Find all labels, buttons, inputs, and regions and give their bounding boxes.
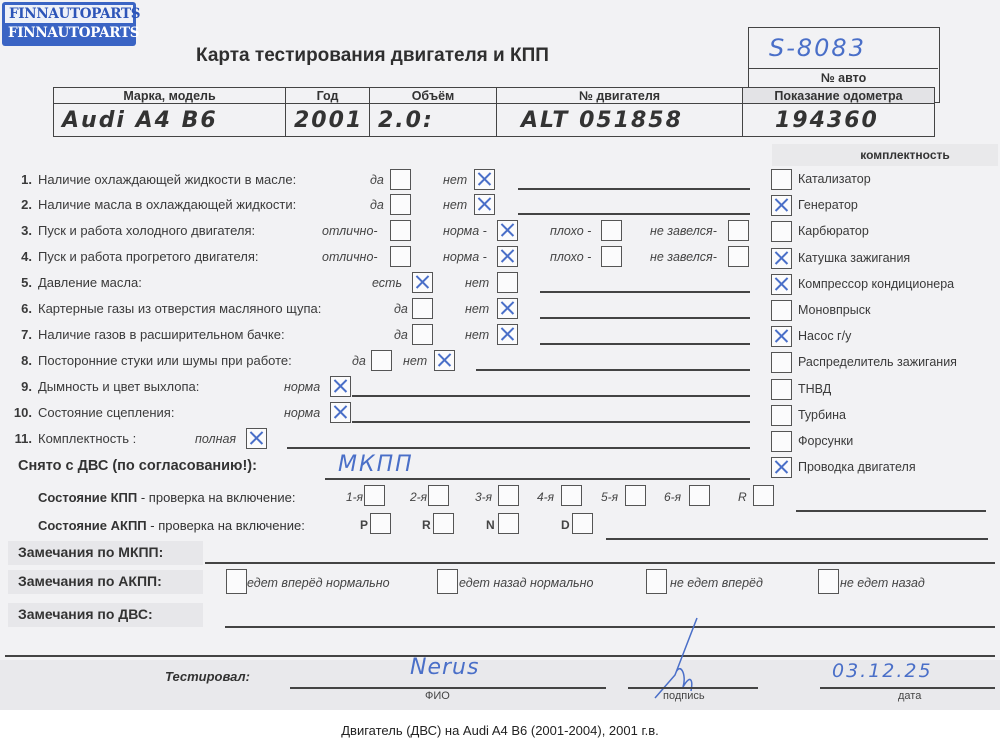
check-row-3-option-label: норма - bbox=[443, 224, 487, 238]
check-row-5-label: 5.Давление масла: bbox=[10, 275, 142, 290]
kpp-gear-checkbox[interactable] bbox=[428, 485, 449, 506]
completeness-item-label: Катализатор bbox=[798, 172, 871, 186]
check-row-11-checkbox[interactable] bbox=[246, 428, 267, 449]
tested-by-name: Nerus bbox=[410, 655, 479, 680]
akpp-remark-checkbox[interactable] bbox=[226, 569, 247, 594]
completeness-item-label: Моновпрыск bbox=[798, 303, 870, 317]
check-row-1-option-label: нет bbox=[443, 173, 467, 187]
check-row-4-option-label: не завелся- bbox=[650, 250, 717, 264]
akpp-gear-checkbox[interactable] bbox=[433, 513, 454, 534]
check-row-11-label: 11.Комплектность : bbox=[10, 431, 136, 446]
check-row-text: Посторонние стуки или шумы при работе: bbox=[38, 353, 292, 368]
check-row-1-note-line[interactable] bbox=[518, 188, 750, 190]
completeness-checkbox[interactable] bbox=[771, 195, 792, 216]
check-row-7-checkbox[interactable] bbox=[497, 324, 518, 345]
image-caption: Двигатель (ДВС) на Audi A4 B6 (2001-2004… bbox=[0, 723, 1000, 738]
check-row-8-option-label: нет bbox=[403, 354, 427, 368]
removed-line bbox=[325, 478, 750, 480]
auto-number-label: № авто bbox=[749, 68, 938, 86]
value-engine-number: ALT 051858 bbox=[497, 104, 743, 137]
akpp-gear-checkbox[interactable] bbox=[572, 513, 593, 534]
value-year: 2001 bbox=[286, 104, 370, 137]
check-row-4-option-label: плохо - bbox=[550, 250, 591, 264]
check-row-6-note-line[interactable] bbox=[540, 317, 750, 319]
check-row-8-checkbox[interactable] bbox=[371, 350, 392, 371]
check-row-4-option-label: отлично- bbox=[322, 250, 378, 264]
vehicle-header-table: Марка, модель Год Объём № двигателя Пока… bbox=[53, 87, 935, 137]
akpp-remark-label: не едет вперёд bbox=[670, 576, 763, 590]
remarks-dvs-line-2[interactable] bbox=[5, 655, 995, 657]
akpp-gear-checkbox[interactable] bbox=[498, 513, 519, 534]
kpp-gear-checkbox[interactable] bbox=[689, 485, 710, 506]
check-row-number: 10. bbox=[10, 405, 32, 420]
check-row-text: Комплектность : bbox=[38, 431, 136, 446]
completeness-item-label: Турбина bbox=[798, 408, 846, 422]
check-row-3-option-label: отлично- bbox=[322, 224, 378, 238]
check-row-4-checkbox[interactable] bbox=[728, 246, 749, 267]
akpp-label-rest: - проверка на включение: bbox=[147, 518, 305, 533]
kpp-gear-label: 4-я bbox=[537, 490, 554, 504]
completeness-item-label: Генератор bbox=[798, 198, 858, 212]
check-row-number: 5. bbox=[10, 275, 32, 290]
completeness-checkbox[interactable] bbox=[771, 379, 792, 400]
akpp-remark-checkbox[interactable] bbox=[437, 569, 458, 594]
check-row-text: Наличие масла в охлаждающей жидкости: bbox=[38, 197, 296, 212]
kpp-gear-label: R bbox=[738, 490, 747, 504]
value-volume: 2.0: bbox=[370, 104, 497, 137]
remarks-mkpp-label: Замечания по МКПП: bbox=[18, 544, 163, 560]
kpp-gear-checkbox[interactable] bbox=[498, 485, 519, 506]
completeness-header: комплектность bbox=[772, 144, 998, 166]
check-row-8-checkbox[interactable] bbox=[434, 350, 455, 371]
check-row-number: 4. bbox=[10, 249, 32, 264]
check-row-1-checkbox[interactable] bbox=[390, 169, 411, 190]
check-row-7-option-label: нет bbox=[465, 328, 489, 342]
check-row-8-note-line[interactable] bbox=[476, 369, 750, 371]
completeness-checkbox[interactable] bbox=[771, 274, 792, 295]
check-row-4-label: 4.Пуск и работа прогретого двигателя: bbox=[10, 249, 258, 264]
check-row-1-option-label: да bbox=[370, 173, 384, 187]
completeness-checkbox[interactable] bbox=[771, 300, 792, 321]
kpp-line bbox=[796, 510, 986, 512]
check-row-7-checkbox[interactable] bbox=[412, 324, 433, 345]
removed-value: МКПП bbox=[338, 452, 414, 477]
auto-number-value: S-8083 bbox=[769, 34, 866, 62]
value-odometer: 194360 bbox=[743, 104, 935, 137]
check-row-11-note-line[interactable] bbox=[287, 447, 750, 449]
check-row-9-checkbox[interactable] bbox=[330, 376, 351, 397]
check-row-text: Дымность и цвет выхлопа: bbox=[38, 379, 199, 394]
check-row-5-checkbox[interactable] bbox=[412, 272, 433, 293]
completeness-item-label: Проводка двигателя bbox=[798, 460, 916, 474]
check-row-1-label: 1.Наличие охлаждающей жидкости в масле: bbox=[10, 172, 296, 187]
check-row-number: 9. bbox=[10, 379, 32, 394]
check-row-number: 8. bbox=[10, 353, 32, 368]
akpp-remark-label: едет назад нормально bbox=[459, 576, 593, 590]
completeness-item-label: Карбюратор bbox=[798, 224, 869, 238]
col-odometer: Показание одометра bbox=[743, 88, 935, 104]
check-row-number: 3. bbox=[10, 223, 32, 238]
akpp-line bbox=[606, 538, 988, 540]
check-row-5-note-line[interactable] bbox=[540, 291, 750, 293]
check-row-text: Пуск и работа прогретого двигателя: bbox=[38, 249, 258, 264]
test-card-sheet: FINNAUTOPARTS FINNAUTOPARTS Карта тестир… bbox=[0, 0, 1000, 710]
check-row-6-option-label: нет bbox=[465, 302, 489, 316]
check-row-11-option-label: полная bbox=[195, 432, 236, 446]
test-date: 03.12.25 bbox=[832, 660, 933, 682]
check-row-text: Состояние сцепления: bbox=[38, 405, 174, 420]
check-row-2-note-line[interactable] bbox=[518, 213, 750, 215]
completeness-checkbox[interactable] bbox=[771, 405, 792, 426]
check-row-text: Картерные газы из отверстия масляного щу… bbox=[38, 301, 321, 316]
akpp-gear-label: P bbox=[360, 518, 368, 532]
check-row-4-option-label: норма - bbox=[443, 250, 487, 264]
completeness-item-label: Компрессор кондиционера bbox=[798, 277, 954, 291]
value-make-model: Audi A4 B6 bbox=[54, 104, 286, 137]
check-row-10-option-label: норма bbox=[284, 406, 320, 420]
signature-line bbox=[628, 687, 758, 689]
check-row-7-label: 7.Наличие газов в расширительном бачке: bbox=[10, 327, 285, 342]
completeness-checkbox[interactable] bbox=[771, 326, 792, 347]
form-title: Карта тестирования двигателя и КПП bbox=[196, 45, 549, 67]
check-row-4-checkbox[interactable] bbox=[601, 246, 622, 267]
check-row-number: 2. bbox=[10, 197, 32, 212]
completeness-checkbox[interactable] bbox=[771, 169, 792, 190]
col-make-model: Марка, модель bbox=[54, 88, 286, 104]
akpp-remark-checkbox[interactable] bbox=[646, 569, 667, 594]
kpp-gear-label: 6-я bbox=[664, 490, 681, 504]
completeness-item-label: Распределитель зажигания bbox=[798, 355, 957, 369]
kpp-gear-label: 2-я bbox=[410, 490, 427, 504]
completeness-checkbox[interactable] bbox=[771, 457, 792, 478]
check-row-4-checkbox[interactable] bbox=[497, 246, 518, 267]
check-row-text: Пуск и работа холодного двигателя: bbox=[38, 223, 255, 238]
col-engine-number: № двигателя bbox=[497, 88, 743, 104]
check-row-5-checkbox[interactable] bbox=[497, 272, 518, 293]
finnautoparts-logo: FINNAUTOPARTS FINNAUTOPARTS bbox=[2, 2, 136, 46]
check-row-7-note-line[interactable] bbox=[540, 343, 750, 345]
check-row-10-label: 10.Состояние сцепления: bbox=[10, 405, 174, 420]
kpp-label-rest: - проверка на включение: bbox=[137, 490, 295, 505]
date-line bbox=[820, 687, 995, 689]
kpp-label-bold: Состояние КПП bbox=[38, 490, 137, 505]
check-row-5-option-label: нет bbox=[465, 276, 489, 290]
check-row-3-option-label: плохо - bbox=[550, 224, 591, 238]
check-row-6-option-label: да bbox=[394, 302, 408, 316]
kpp-gear-label: 3-я bbox=[475, 490, 492, 504]
logo-line-2: FINNAUTOPARTS bbox=[2, 23, 136, 43]
removed-label: Снято с ДВС (по согласованию!): bbox=[18, 458, 257, 474]
completeness-item-label: Катушка зажигания bbox=[798, 251, 910, 265]
check-row-8-label: 8.Посторонние стуки или шумы при работе: bbox=[10, 353, 292, 368]
check-row-3-checkbox[interactable] bbox=[601, 220, 622, 241]
akpp-gear-label: D bbox=[561, 518, 570, 532]
akpp-remark-label: не едет назад bbox=[840, 576, 925, 590]
check-row-3-label: 3.Пуск и работа холодного двигателя: bbox=[10, 223, 255, 238]
akpp-label: Состояние АКПП - проверка на включение: bbox=[38, 518, 305, 533]
kpp-label: Состояние КПП - проверка на включение: bbox=[38, 490, 295, 505]
check-row-9-note-line[interactable] bbox=[352, 395, 750, 397]
akpp-gear-checkbox[interactable] bbox=[370, 513, 391, 534]
check-row-2-checkbox[interactable] bbox=[390, 194, 411, 215]
completeness-checkbox[interactable] bbox=[771, 221, 792, 242]
akpp-remark-checkbox[interactable] bbox=[818, 569, 839, 594]
check-row-number: 11. bbox=[10, 431, 32, 446]
check-row-7-option-label: да bbox=[394, 328, 408, 342]
remarks-dvs-label: Замечания по ДВС: bbox=[18, 606, 153, 622]
remarks-mkpp-line[interactable] bbox=[205, 562, 995, 564]
remarks-dvs-line[interactable] bbox=[225, 626, 995, 628]
check-row-6-checkbox[interactable] bbox=[412, 298, 433, 319]
completeness-item-label: Насос г/у bbox=[798, 329, 851, 343]
check-row-10-note-line[interactable] bbox=[352, 421, 750, 423]
check-row-number: 7. bbox=[10, 327, 32, 342]
check-row-9-label: 9.Дымность и цвет выхлопа: bbox=[10, 379, 199, 394]
check-row-8-option-label: да bbox=[352, 354, 366, 368]
check-row-2-option-label: да bbox=[370, 198, 384, 212]
check-row-6-checkbox[interactable] bbox=[497, 298, 518, 319]
completeness-item-label: ТНВД bbox=[798, 382, 831, 396]
check-row-3-checkbox[interactable] bbox=[728, 220, 749, 241]
remarks-akpp-label: Замечания по АКПП: bbox=[18, 573, 162, 589]
check-row-text: Давление масла: bbox=[38, 275, 142, 290]
check-row-3-checkbox[interactable] bbox=[497, 220, 518, 241]
logo-line-1: FINNAUTOPARTS bbox=[5, 5, 133, 23]
kpp-gear-checkbox[interactable] bbox=[625, 485, 646, 506]
kpp-gear-label: 1-я bbox=[346, 490, 363, 504]
check-row-3-checkbox[interactable] bbox=[390, 220, 411, 241]
akpp-remark-label: едет вперёд нормально bbox=[247, 576, 390, 590]
check-row-3-option-label: не завелся- bbox=[650, 224, 717, 238]
akpp-gear-label: R bbox=[422, 518, 431, 532]
name-caption: ФИО bbox=[425, 690, 450, 702]
check-row-number: 6. bbox=[10, 301, 32, 316]
signature-caption: подпись bbox=[663, 690, 705, 702]
check-row-number: 1. bbox=[10, 172, 32, 187]
check-row-4-checkbox[interactable] bbox=[390, 246, 411, 267]
kpp-gear-checkbox[interactable] bbox=[753, 485, 774, 506]
akpp-gear-label: N bbox=[486, 518, 495, 532]
col-year: Год bbox=[286, 88, 370, 104]
check-row-text: Наличие газов в расширительном бачке: bbox=[38, 327, 285, 342]
check-row-9-option-label: норма bbox=[284, 380, 320, 394]
kpp-gear-checkbox[interactable] bbox=[561, 485, 582, 506]
check-row-10-checkbox[interactable] bbox=[330, 402, 351, 423]
name-line bbox=[290, 687, 606, 689]
check-row-6-label: 6.Картерные газы из отверстия масляного … bbox=[10, 301, 321, 316]
completeness-checkbox[interactable] bbox=[771, 248, 792, 269]
completeness-checkbox[interactable] bbox=[771, 431, 792, 452]
check-row-5-option-label: есть bbox=[372, 276, 402, 290]
check-row-text: Наличие охлаждающей жидкости в масле: bbox=[38, 172, 296, 187]
check-row-1-checkbox[interactable] bbox=[474, 169, 495, 190]
completeness-item-label: Форсунки bbox=[798, 434, 853, 448]
akpp-label-bold: Состояние АКПП bbox=[38, 518, 147, 533]
check-row-2-option-label: нет bbox=[443, 198, 467, 212]
completeness-checkbox[interactable] bbox=[771, 352, 792, 373]
col-volume: Объём bbox=[370, 88, 497, 104]
tested-by-label: Тестировал: bbox=[165, 669, 250, 684]
check-row-2-checkbox[interactable] bbox=[474, 194, 495, 215]
kpp-gear-checkbox[interactable] bbox=[364, 485, 385, 506]
check-row-2-label: 2.Наличие масла в охлаждающей жидкости: bbox=[10, 197, 296, 212]
date-caption: дата bbox=[898, 690, 921, 702]
kpp-gear-label: 5-я bbox=[601, 490, 618, 504]
